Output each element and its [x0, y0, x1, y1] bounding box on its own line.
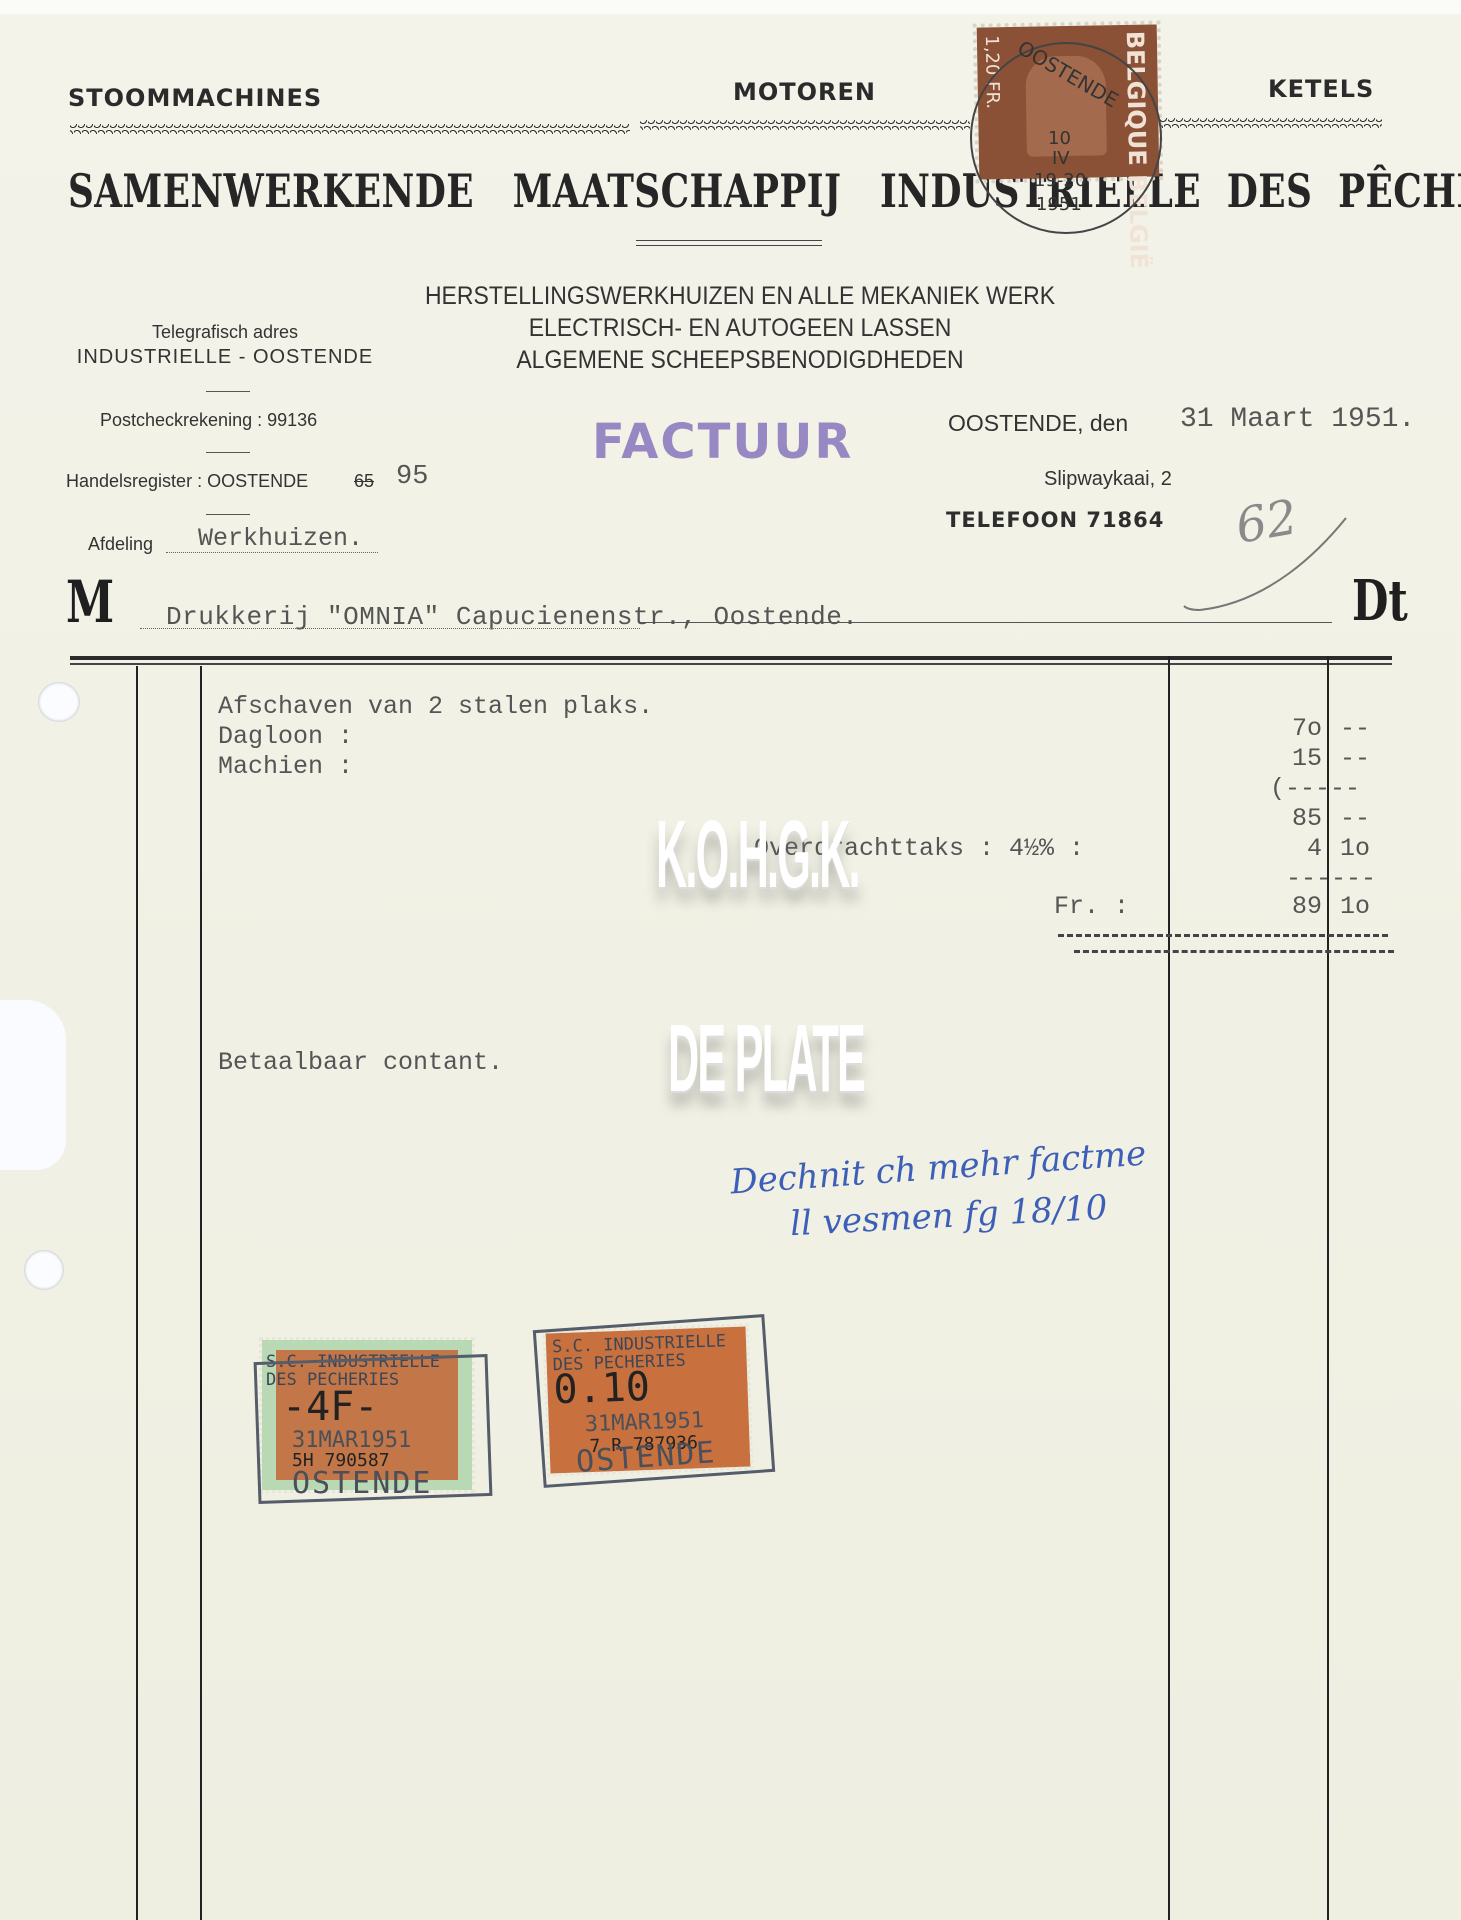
services-block: HERSTELLINGSWERKHUIZEN EN ALLE MEKANIEK …	[390, 280, 1089, 376]
telegraph-address: INDUSTRIELLE - OOSTENDE	[0, 346, 450, 369]
trade-register-typed-number: 95	[396, 462, 428, 492]
postmark-time: 19-20	[1034, 170, 1086, 191]
category-boilers: KETELS	[1268, 75, 1374, 103]
company-name: Samenwerkende Maatschappij Industrielle …	[68, 164, 1461, 218]
separator	[206, 391, 250, 392]
separator	[206, 514, 250, 515]
punch-hole	[38, 682, 80, 722]
document-type-stamp: FACTUUR	[592, 414, 853, 470]
department-value: Werkhuizen.	[198, 524, 363, 553]
torn-edge	[0, 1000, 66, 1170]
cancellation-city: OSTENDE	[292, 1466, 432, 1501]
postmark: OOSTENDE 10 IV 19-20 1951	[970, 42, 1162, 234]
wavy-rule-right	[1160, 118, 1382, 128]
subtotal-francs: 85	[1270, 804, 1322, 833]
postmark-year: 1951	[1036, 194, 1082, 215]
wavy-rule-mid	[640, 120, 970, 130]
title-double-rule	[636, 240, 822, 246]
subtotal-cents: --	[1340, 804, 1370, 833]
telegraph-label: Telegrafisch adres	[0, 322, 450, 343]
pencil-flourish	[1180, 510, 1360, 620]
total-rule: ------	[1286, 864, 1376, 893]
postmark-month: IV	[1052, 148, 1070, 169]
column-rule	[200, 666, 202, 1920]
column-rule	[1168, 656, 1170, 1920]
total-dash-rule	[1074, 950, 1394, 953]
recipient-suffix: Dt	[1352, 568, 1408, 634]
postmark-day: 10	[1048, 128, 1071, 149]
line-item-cents: --	[1340, 714, 1370, 743]
total-label: Fr. :	[1054, 892, 1129, 921]
invoice-date: 31 Maart 1951.	[1180, 404, 1415, 435]
wavy-rule-left	[70, 124, 630, 134]
line-item-cents: --	[1340, 744, 1370, 773]
payment-terms: Betaalbaar contant.	[218, 1048, 503, 1077]
total-dash-rule	[1058, 934, 1388, 937]
column-rule	[1327, 656, 1329, 1920]
recipient-line	[640, 622, 1332, 623]
place-label: OOSTENDE, den	[948, 410, 1128, 437]
category-steam-engines: STOOMMACHINES	[68, 84, 322, 112]
watermark-de-plate: DE PLATE	[668, 1004, 864, 1114]
trade-register-label: Handelsregister : OOSTENDE	[66, 471, 308, 492]
recipient-prefix: M	[66, 568, 114, 636]
department-label: Afdeling	[88, 534, 153, 555]
separator	[206, 452, 250, 453]
total-francs: 89	[1270, 892, 1322, 921]
trade-register-printed-number: 65	[354, 471, 374, 492]
service-line: HERSTELLINGSWERKHUIZEN EN ALLE MEKANIEK …	[390, 280, 1089, 312]
service-line: ALGEMENE SCHEEPSBENODIGDHEDEN	[390, 344, 1089, 376]
recipient-dotted-line	[140, 628, 640, 629]
punch-hole	[24, 1250, 64, 1290]
watermark-kohgk: K.O.H.G.K.	[656, 800, 859, 910]
tax-francs: 4	[1270, 834, 1322, 863]
postcheck-account: Postcheckrekening : 99136	[100, 410, 317, 431]
subtotal-rule: (-----	[1270, 774, 1360, 803]
table-top-rule-thin	[70, 663, 1392, 665]
total-cents: 1o	[1340, 892, 1370, 921]
line-item-francs: 15	[1270, 744, 1322, 773]
column-rule	[136, 666, 138, 1920]
line-item-label: Dagloon :	[218, 722, 353, 751]
invoice-description: Afschaven van 2 stalen plaks.	[218, 692, 653, 721]
telephone: TELEFOON 71864	[946, 508, 1164, 532]
table-top-rule	[70, 656, 1392, 660]
category-motors: MOTOREN	[733, 78, 876, 106]
line-item-francs: 7o	[1270, 714, 1322, 743]
line-item-label: Machien :	[218, 752, 353, 781]
service-line: ELECTRISCH- EN AUTOGEEN LASSEN	[390, 312, 1089, 344]
street-address: Slipwaykaai, 2	[1044, 468, 1172, 491]
tax-cents: 1o	[1340, 834, 1370, 863]
